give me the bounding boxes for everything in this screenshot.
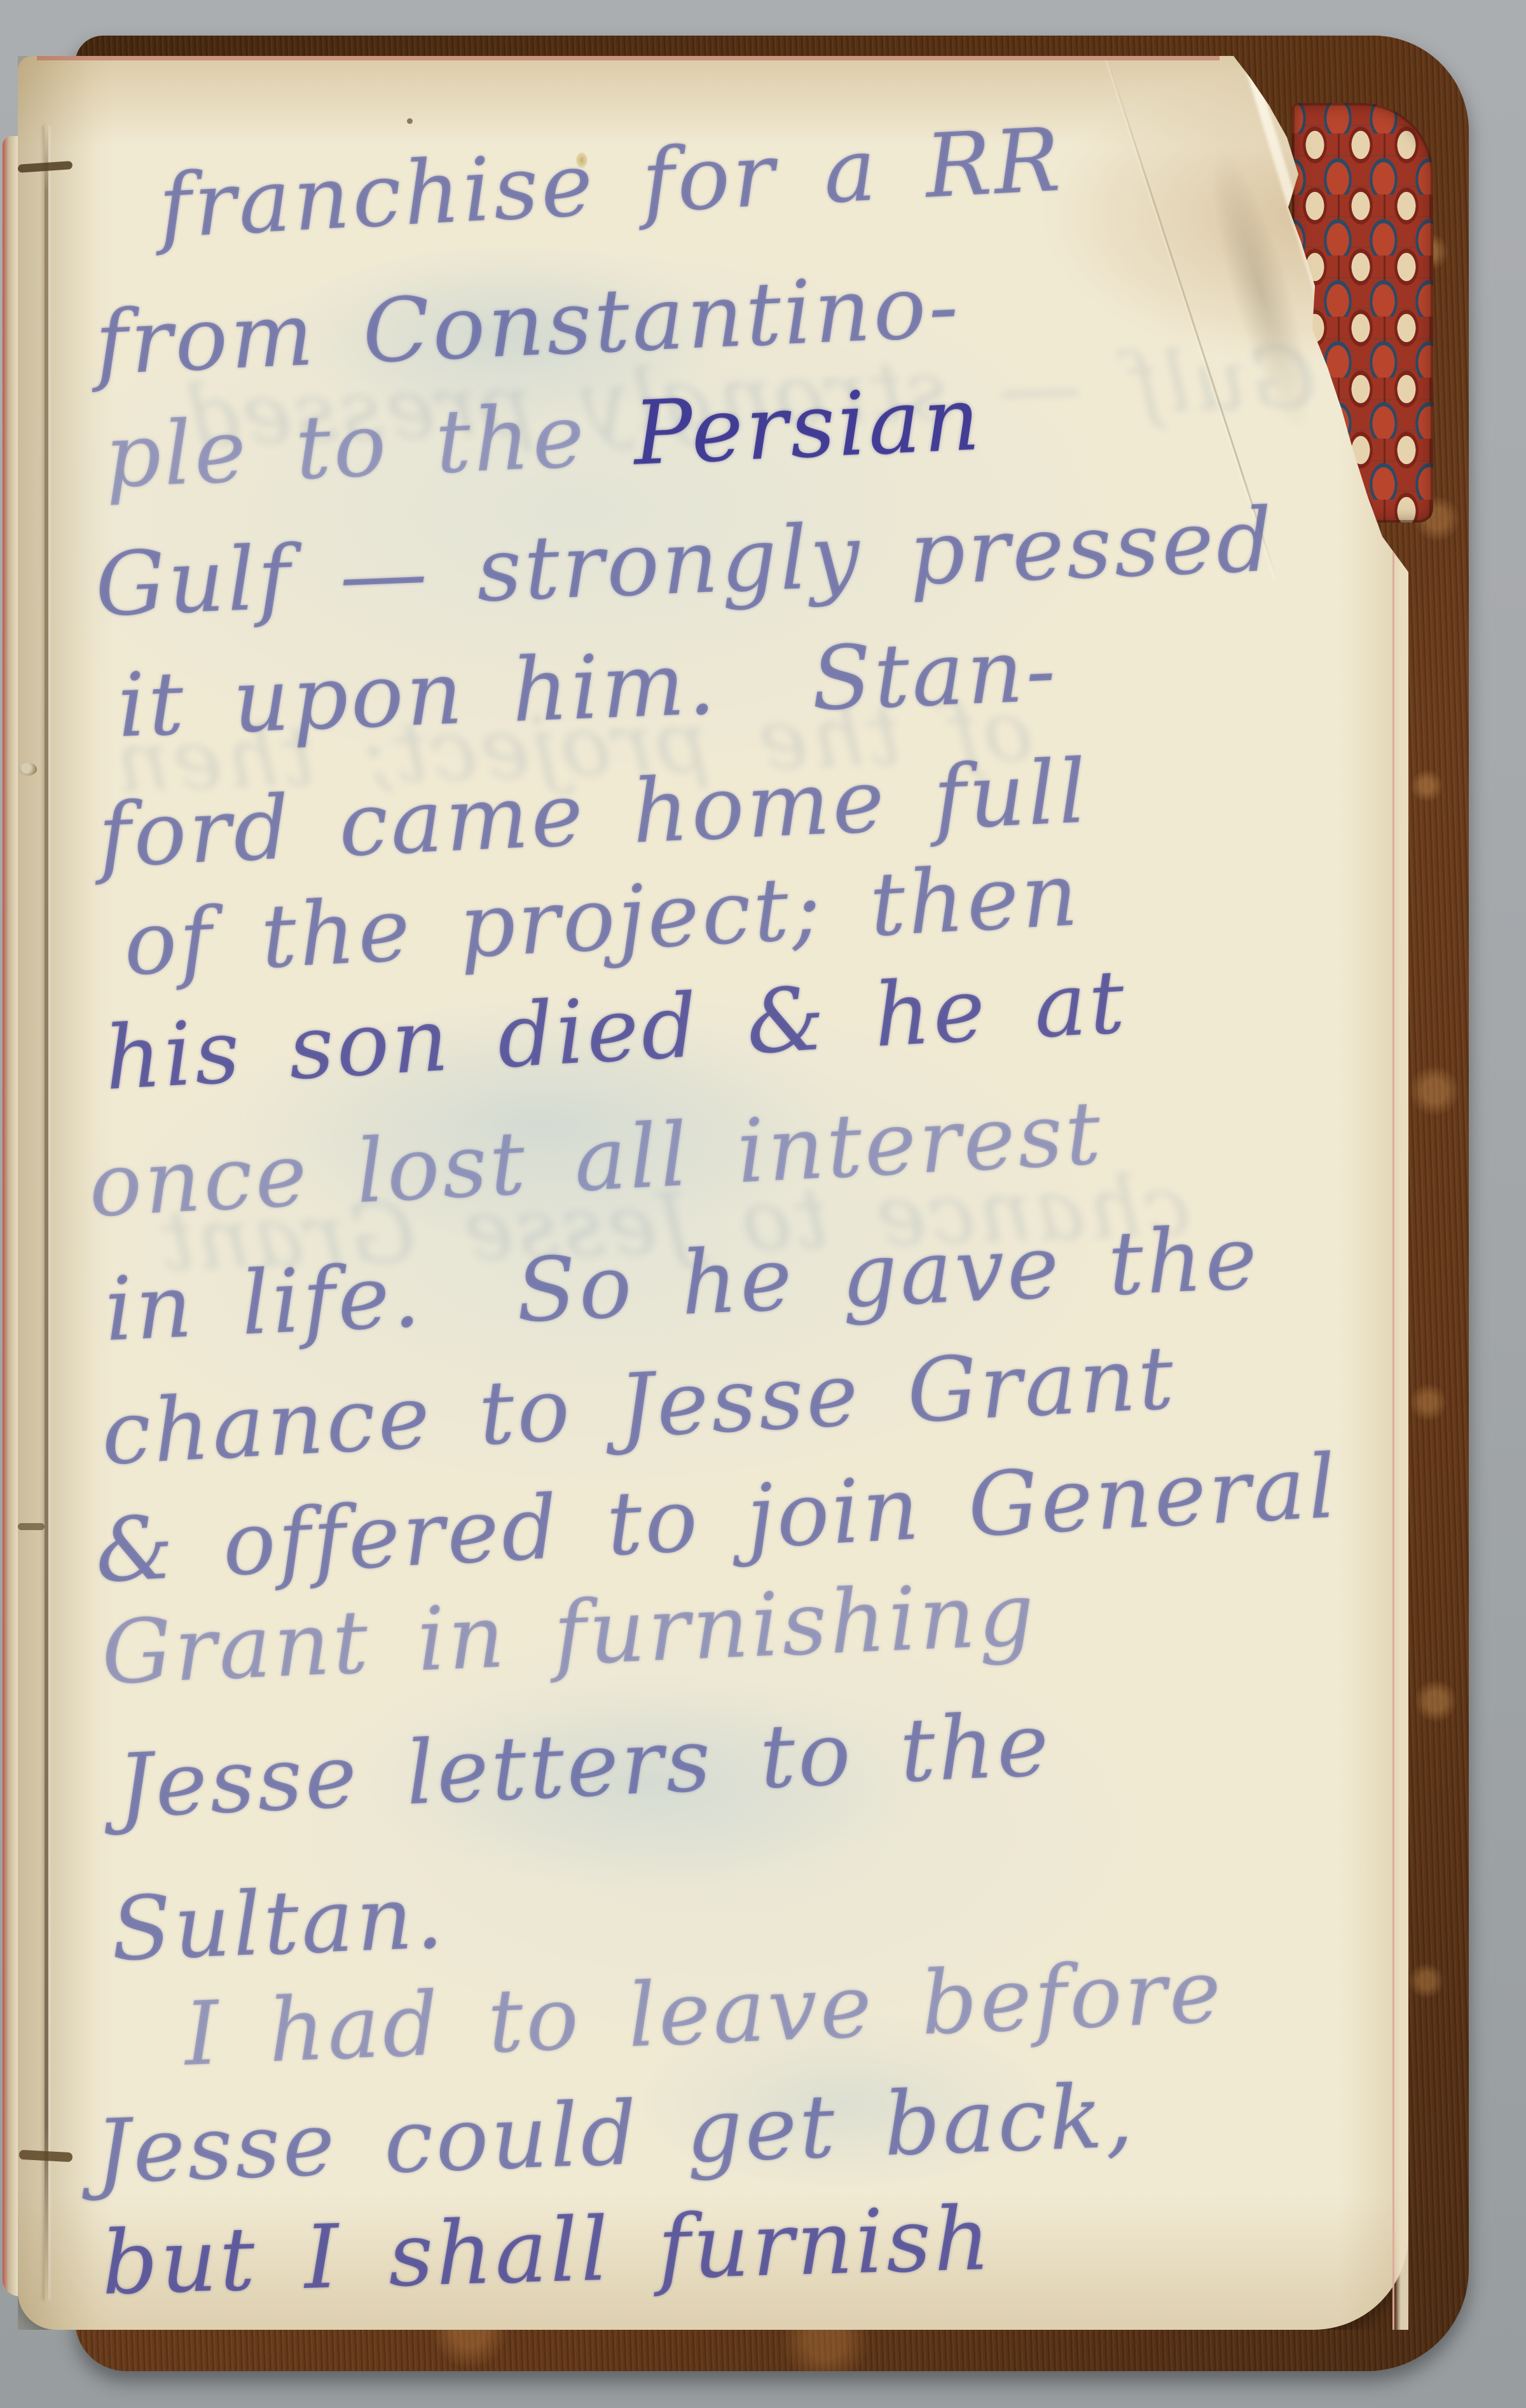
binding-stitch-hole — [19, 763, 37, 776]
handwriting-line: franchise for a RR — [156, 112, 1065, 256]
notebook-page: of the project; then chance to Jesse Gra… — [18, 56, 1408, 2330]
handwriting-line: but I shall furnish — [100, 2191, 994, 2312]
binding-stitch — [18, 1523, 45, 1530]
handwriting-line: Gulf — strongly pressed — [93, 492, 1277, 634]
page-edge-tint — [37, 56, 1220, 60]
page-edge-stack — [1392, 520, 1408, 2330]
handwriting-segment-emphasized: Persian — [631, 367, 984, 485]
handwriting-line: Sultan. — [109, 1869, 447, 1978]
binding-gutter-crease — [45, 126, 48, 2300]
paper-stain — [407, 118, 413, 124]
